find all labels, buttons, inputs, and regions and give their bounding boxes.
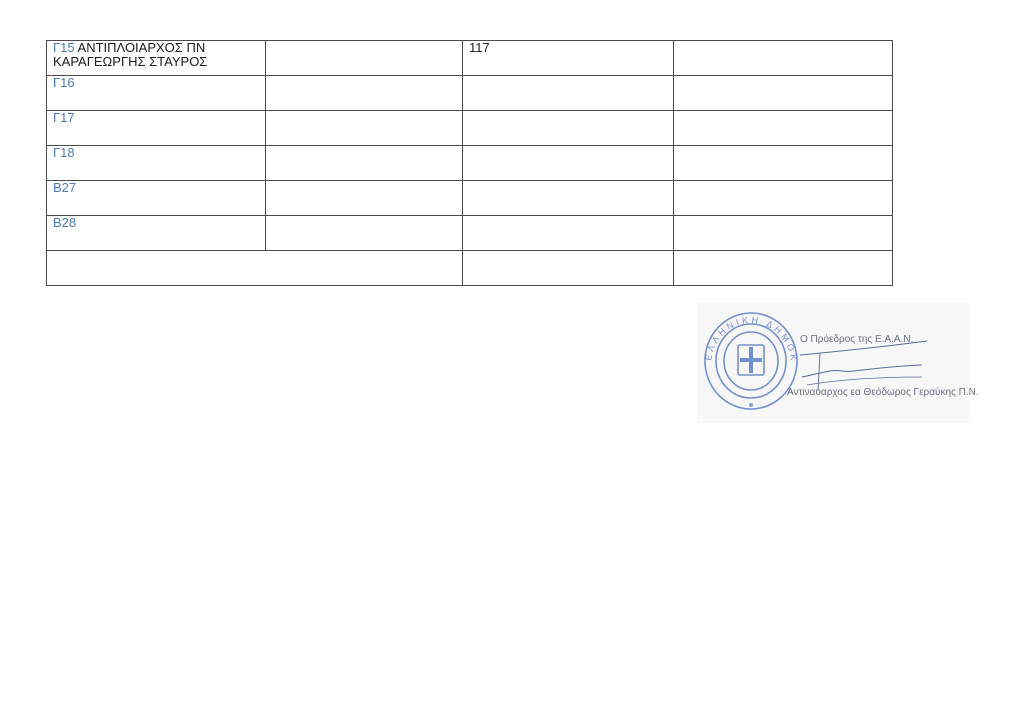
- cell-col2: [266, 181, 463, 216]
- cell-position: Β27: [47, 181, 266, 216]
- cell-col3: [463, 76, 674, 111]
- footer-cell-merged: [47, 251, 463, 286]
- table-row: Β27: [47, 181, 893, 216]
- cell-position: Γ18: [47, 146, 266, 181]
- cell-col4: [674, 216, 893, 251]
- cell-col4: [674, 181, 893, 216]
- signatory-name: Αντιναύαρχος εα Θεόδωρος Γεραύκης Π.Ν.: [787, 387, 979, 398]
- table-row: Γ16: [47, 76, 893, 111]
- position-code: Γ17: [53, 110, 75, 125]
- cell-col2: [266, 41, 463, 76]
- cell-position: Β28: [47, 216, 266, 251]
- cell-col2: [266, 146, 463, 181]
- cell-col4: [674, 111, 893, 146]
- cell-col3: 117: [463, 41, 674, 76]
- position-code: Γ18: [53, 145, 75, 160]
- cell-position: Γ17: [47, 111, 266, 146]
- position-code: Γ15: [53, 40, 75, 55]
- table-row: Γ18: [47, 146, 893, 181]
- footer-cell-col3: [463, 251, 674, 286]
- cell-col2: [266, 76, 463, 111]
- cell-col3: [463, 216, 674, 251]
- cell-col4: [674, 146, 893, 181]
- cell-col3: [463, 146, 674, 181]
- cell-col2: [266, 216, 463, 251]
- personnel-table: Γ15 ΑΝΤΙΠΛΟΙΑΡΧΟΣ ΠΝ ΚΑΡΑΓΕΩΡΓΗΣ ΣΤΑΥΡΟΣ…: [46, 40, 893, 286]
- footer-cell-col4: [674, 251, 893, 286]
- signatory-title: Ο Πρόεδρος της Ε.Α.Α.Ν.: [800, 334, 913, 345]
- position-code: Β27: [53, 180, 76, 195]
- table-row: Γ17: [47, 111, 893, 146]
- position-code: Β28: [53, 215, 76, 230]
- cell-position: Γ16: [47, 76, 266, 111]
- cell-col3: [463, 181, 674, 216]
- cell-col4: [674, 76, 893, 111]
- cell-position: Γ15 ΑΝΤΙΠΛΟΙΑΡΧΟΣ ΠΝ ΚΑΡΑΓΕΩΡΓΗΣ ΣΤΑΥΡΟΣ: [47, 41, 266, 76]
- position-code: Γ16: [53, 75, 75, 90]
- table-row: Β28: [47, 216, 893, 251]
- table-row: Γ15 ΑΝΤΙΠΛΟΙΑΡΧΟΣ ΠΝ ΚΑΡΑΓΕΩΡΓΗΣ ΣΤΑΥΡΟΣ…: [47, 41, 893, 76]
- cell-col4: [674, 41, 893, 76]
- officer-name: ΑΝΤΙΠΛΟΙΑΡΧΟΣ ΠΝ ΚΑΡΑΓΕΩΡΓΗΣ ΣΤΑΥΡΟΣ: [53, 40, 207, 69]
- table-footer-row: [47, 251, 893, 286]
- cell-col3: [463, 111, 674, 146]
- signature-block: ΕΛΛΗΝΙΚΗ ΔΗΜΟΚΡΑΤΙΑ Ο Πρόεδρος της Ε.Α.Α…: [697, 303, 969, 423]
- cell-col2: [266, 111, 463, 146]
